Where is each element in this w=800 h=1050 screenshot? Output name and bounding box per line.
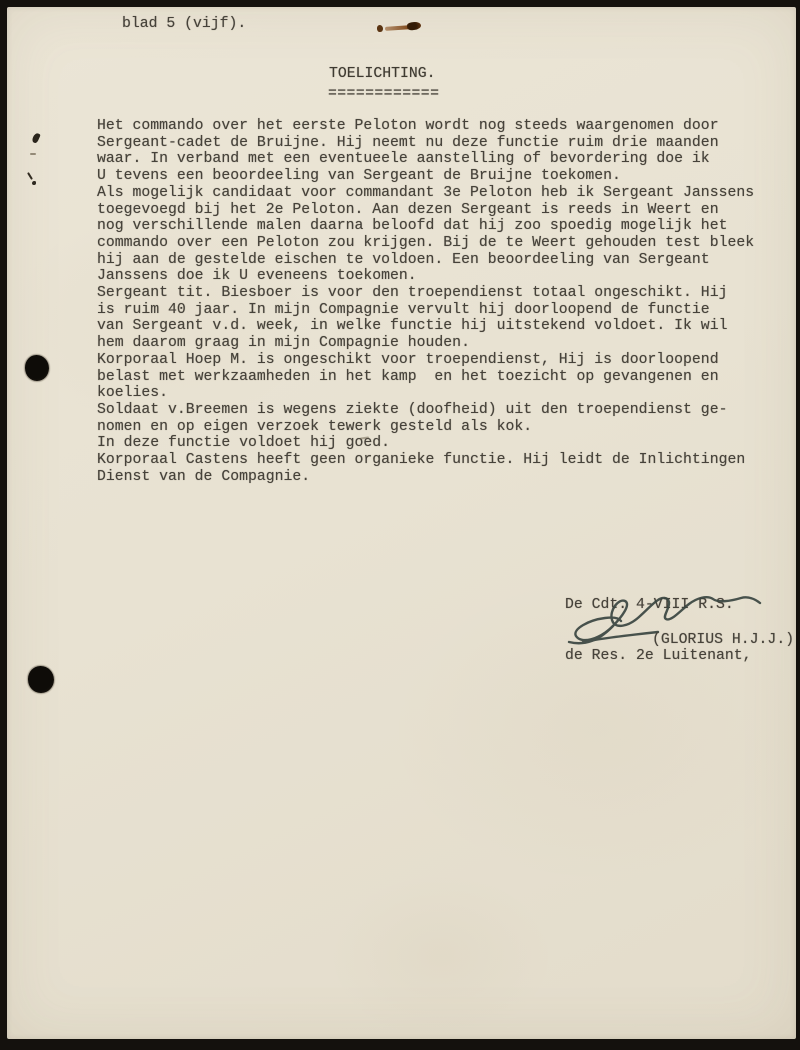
text-line: Sergeant tit. Biesboer is voor den troep…	[97, 285, 754, 302]
closing-rank-line: de Res. 2e Luitenant,	[565, 648, 751, 665]
text-line: hij aan de gestelde eischen te voldoen. …	[97, 252, 754, 269]
text-line: U tevens een beoordeeling van Sergeant d…	[97, 168, 754, 185]
signed-name: (GLORIUS H.J.J.)	[652, 632, 794, 649]
hole-punch-bottom	[28, 666, 54, 693]
text-line: koelies.	[97, 385, 754, 402]
document-title: TOELICHTING.	[329, 66, 436, 83]
text-line: In deze functie voldoet hij goed.	[97, 435, 754, 452]
text-line: Dienst van de Compagnie.	[97, 469, 754, 486]
rust-stain-head	[407, 21, 422, 31]
text-line: nog verschillende malen daarna beloofd d…	[97, 218, 754, 235]
title-underline: ============	[328, 86, 439, 103]
text-line: Als mogelijk candidaat voor commandant 3…	[97, 185, 754, 202]
rust-stain-dot	[377, 25, 383, 32]
page-number-label: blad 5 (vijf).	[122, 16, 246, 33]
text-line: Soldaat v.Breemen is wegens ziekte (doof…	[97, 402, 754, 419]
scanned-document: blad 5 (vijf). TOELICHTING. ============…	[0, 0, 800, 1050]
rust-stain	[376, 20, 422, 34]
text-line: is ruim 40 jaar. In mijn Compagnie vervu…	[97, 302, 754, 319]
text-line: nomen en op eigen verzoek tewerk gesteld…	[97, 419, 754, 436]
text-line: belast met werkzaamheden in het kamp en …	[97, 369, 754, 386]
text-line: Korporaal Castens heeft geen organieke f…	[97, 452, 754, 469]
text-line: hem daarom graag in mijn Compagnie houde…	[97, 335, 754, 352]
ink-mark-2	[30, 153, 36, 155]
text-line: toegevoegd bij het 2e Peloton. Aan dezen…	[97, 202, 754, 219]
signature-stroke-underline	[583, 632, 658, 642]
text-line: commando over een Peloton zou krijgen. B…	[97, 235, 754, 252]
hole-punch-top	[25, 355, 49, 381]
text-line: Janssens doe ik U eveneens toekomen.	[97, 268, 754, 285]
text-line: Sergeant-cadet de Bruijne. Hij neemt nu …	[97, 135, 754, 152]
ink-mark-3-dot	[32, 181, 36, 185]
text-line: Het commando over het eerste Peloton wor…	[97, 118, 754, 135]
text-line: Korporaal Hoep M. is ongeschikt voor tro…	[97, 352, 754, 369]
document-body: Het commando over het eerste Peloton wor…	[97, 118, 754, 485]
text-line: van Sergeant v.d. week, in welke functie…	[97, 318, 754, 335]
text-line: waar. In verband met een eventueele aans…	[97, 151, 754, 168]
